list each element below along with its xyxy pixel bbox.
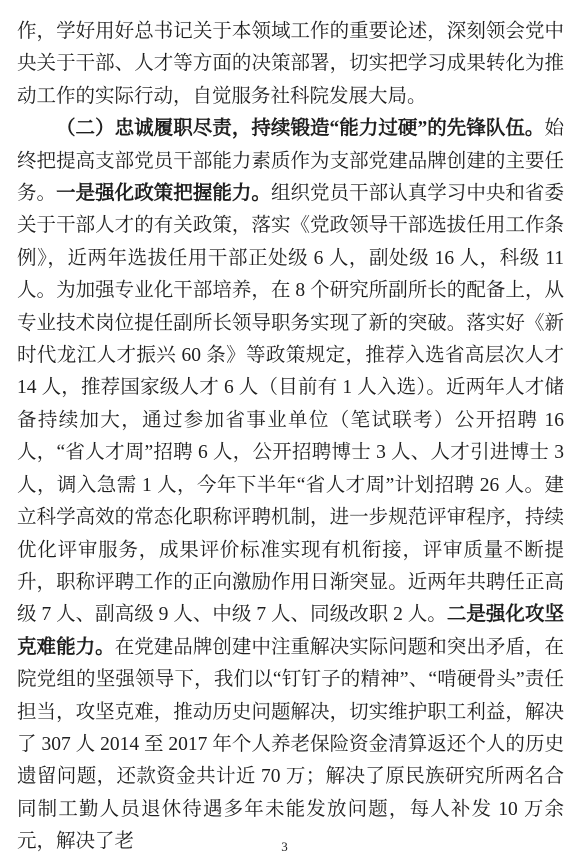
paragraph-continuation: 作，学好用好总书记关于本领域工作的重要论述，深刻领会党中央关于干部、人才等方面的…: [17, 16, 564, 113]
subpoint-one-heading: 一是强化政策把握能力。: [56, 183, 271, 204]
page-number: 3: [0, 839, 569, 855]
section-heading: （二）忠诚履职尽责，持续锻造“能力过硬”的先锋队伍。: [56, 118, 544, 139]
body-text-run: 在党建品牌创建中注重解决实际问题和突出矛盾，在院党组的坚强领导下，我们以“钉钉子…: [17, 637, 564, 852]
body-text-run: 组织党员干部认真学习中央和省委关于干部人才的有关政策，落实《党政领导干部选拔任用…: [17, 183, 564, 625]
document-page: 作，学好用好总书记关于本领域工作的重要论述，深刻领会党中央关于干部、人才等方面的…: [0, 0, 569, 861]
paragraph-section-two: （二）忠诚履职尽责，持续锻造“能力过硬”的先锋队伍。始终把提高支部党员干部能力素…: [17, 113, 564, 858]
body-text-run: 作，学好用好总书记关于本领域工作的重要论述，深刻领会党中央关于干部、人才等方面的…: [17, 21, 564, 107]
document-text-block: 作，学好用好总书记关于本领域工作的重要论述，深刻领会党中央关于干部、人才等方面的…: [17, 16, 564, 859]
